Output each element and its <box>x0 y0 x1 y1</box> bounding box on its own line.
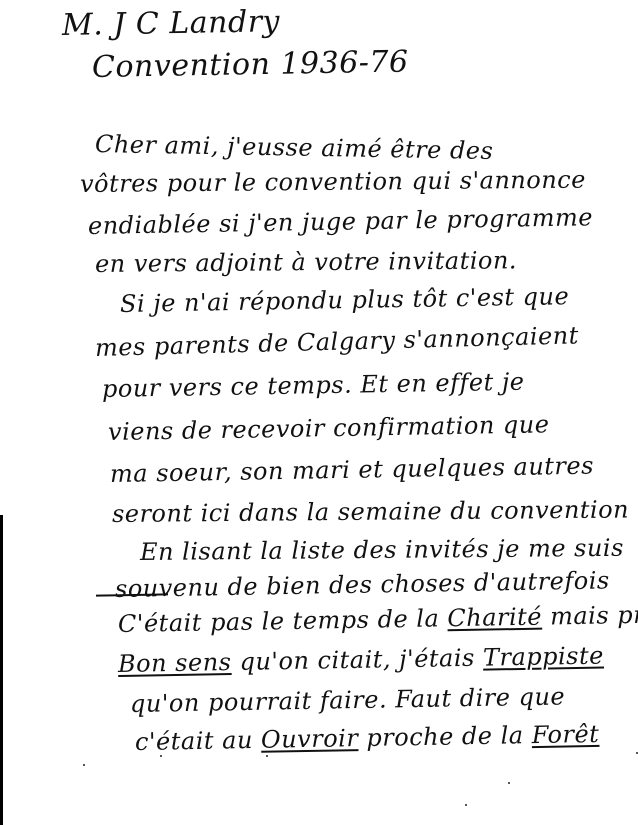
letter-line: En lisant la liste des invités je me sui… <box>140 534 624 566</box>
letter-line: C'était pas le temps de la Charité mais … <box>118 599 638 638</box>
letter-line: souvenu de bien des choses d'autrefois <box>115 566 610 603</box>
letter-subject: Convention 1936-76 <box>92 44 409 85</box>
letter-line: c'était au Ouvroir proche de la Forêt <box>135 720 600 756</box>
scan-speck <box>160 755 162 757</box>
letter-line: qu'on pourrait faire. Faut dire que <box>130 682 566 718</box>
handwritten-letter-page: M. J C Landry Convention 1936-76 Cher am… <box>0 0 638 825</box>
letter-addressee: M. J C Landry <box>62 4 281 43</box>
scan-speck <box>266 755 268 757</box>
letter-line: Cher ami, j'eusse aimé être des <box>95 130 494 165</box>
letter-line: endiablée si j'en juge par le programme <box>88 203 593 240</box>
letter-line: en vers adjoint à votre invitation. <box>95 246 517 278</box>
letter-line: Bon sens qu'on citait, j'étais Trappiste <box>118 642 604 678</box>
letter-line: seront ici dans la semaine du convention <box>112 495 629 528</box>
letter-line: pour vers ce temps. Et en effet je <box>102 368 525 403</box>
letter-line: viens de recevoir confirmation que <box>108 410 550 446</box>
letter-line: ma soeur, son mari et quelques autres <box>110 452 594 488</box>
letter-line: Si je n'ai répondu plus tôt c'est que <box>120 282 570 318</box>
scan-speck <box>508 782 510 784</box>
scan-speck <box>83 764 85 766</box>
scan-border <box>0 515 3 825</box>
letter-line: mes parents de Calgary s'annonçaient <box>95 321 580 362</box>
scan-speck <box>465 804 467 806</box>
letter-line: vôtres pour le convention qui s'annonce <box>80 166 586 198</box>
